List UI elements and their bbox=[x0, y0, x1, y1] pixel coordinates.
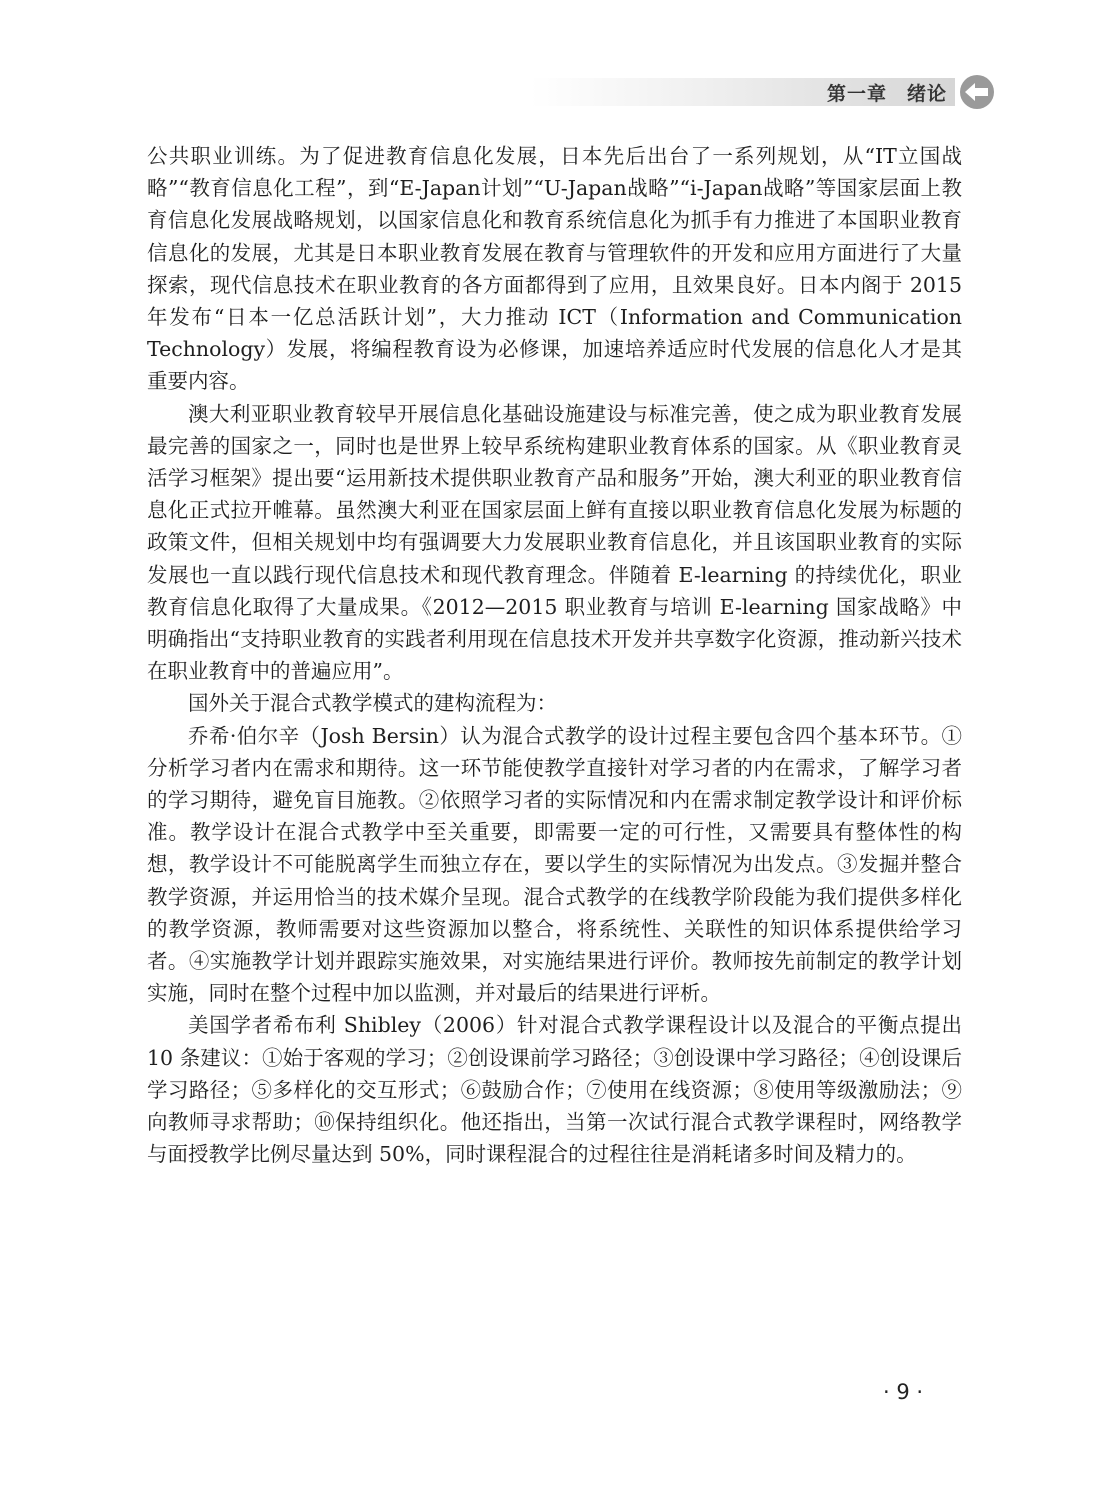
paragraph-australia: 澳大利亚职业教育较早开展信息化基础设施建设与标准完善，使之成为职业教育发展最完善… bbox=[147, 398, 962, 688]
paragraph-shibley: 美国学者希布利 Shibley（2006）针对混合式教学课程设计以及混合的平衡点… bbox=[147, 1009, 962, 1170]
chapter-title: 第一章 绪论 bbox=[827, 79, 947, 106]
chapter-header-bar: 第一章 绪论 bbox=[530, 78, 955, 106]
document-body: 公共职业训练。为了促进教育信息化发展，日本先后出台了一系列规划，从“IT立国战略… bbox=[147, 140, 962, 1171]
paragraph-intro-blended: 国外关于混合式教学模式的建构流程为： bbox=[147, 687, 962, 719]
paragraph-bersin: 乔希·伯尔辛（Josh Bersin）认为混合式教学的设计过程主要包含四个基本环… bbox=[147, 720, 962, 1010]
paragraph-japan: 公共职业训练。为了促进教育信息化发展，日本先后出台了一系列规划，从“IT立国战略… bbox=[147, 140, 962, 398]
page-number: · 9 · bbox=[883, 1380, 923, 1404]
left-arrow-circle-icon bbox=[960, 75, 994, 109]
